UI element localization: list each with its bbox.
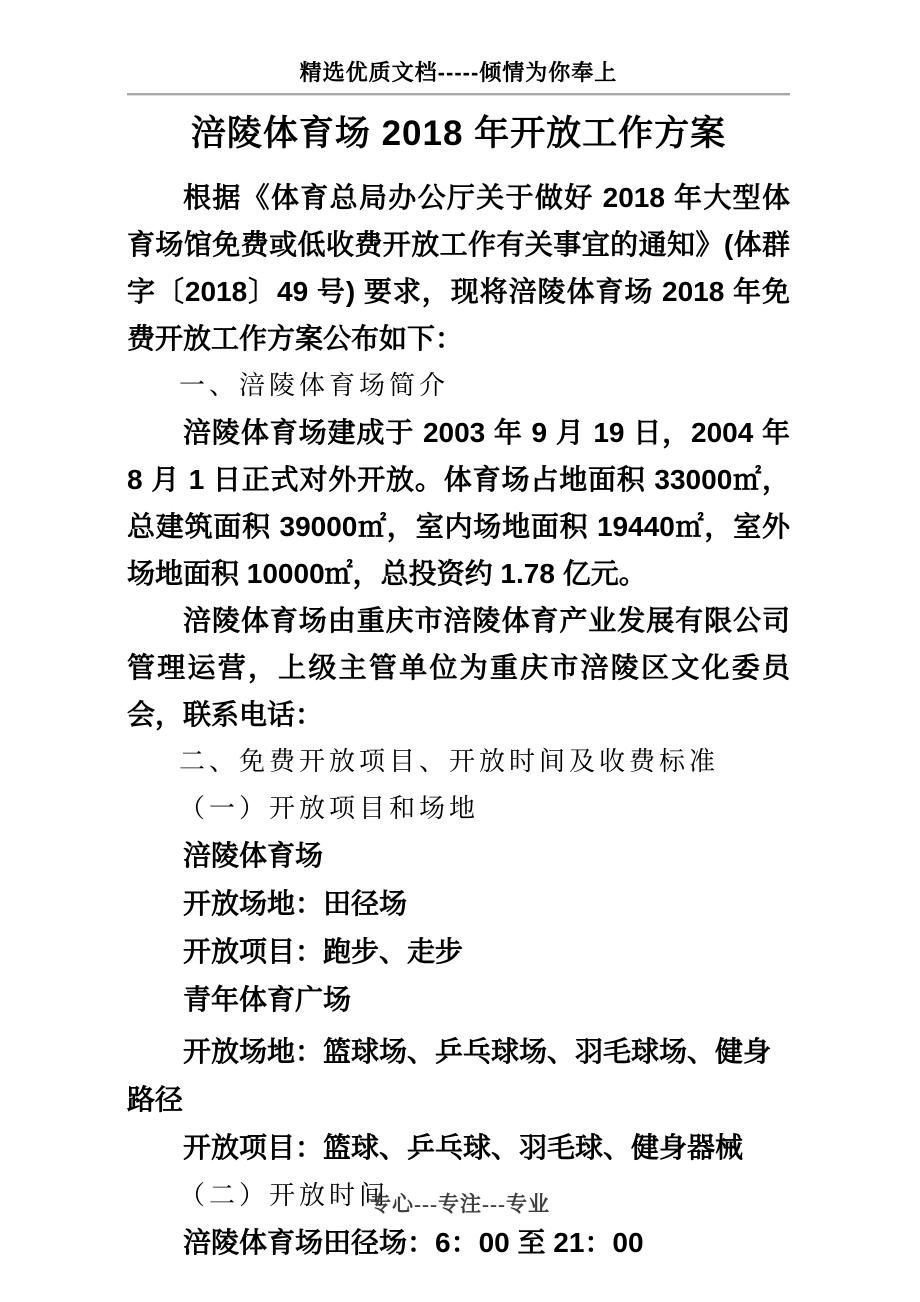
subsection-heading-projects-venues: （一）开放项目和场地	[127, 785, 790, 832]
document-title: 涪陵体育场 2018 年开放工作方案	[127, 112, 790, 156]
document-page: 精选优质文档-----倾情为你奉上 涪陵体育场 2018 年开放工作方案 根据《…	[0, 0, 920, 1302]
header-divider	[127, 93, 790, 96]
open-venues-youth-square-line: 开放场地：篮球场、乒乓球场、羽毛球场、健身路径	[127, 1028, 790, 1124]
footer-text: 专心---专注---专业	[0, 1192, 920, 1216]
open-projects-youth-square-line: 开放项目：篮球、乒乓球、羽毛球、健身器械	[127, 1124, 790, 1172]
section-heading-overview: 一、涪陵体育场简介	[127, 362, 790, 409]
venue-name-youth-square: 青年体育广场	[127, 976, 790, 1024]
paragraph-management: 涪陵体育场由重庆市涪陵体育产业发展有限公司管理运营，上级主管单位为重庆市涪陵区文…	[127, 597, 790, 738]
venue-name-stadium: 涪陵体育场	[127, 832, 790, 880]
open-venues-stadium-line: 开放场地：田径场	[127, 880, 790, 928]
opening-hours-line: 涪陵体育场田径场：6：00 至 21：00	[127, 1219, 790, 1267]
header-banner: 精选优质文档-----倾情为你奉上	[127, 0, 790, 86]
open-projects-stadium-line: 开放项目：跑步、走步	[127, 928, 790, 976]
header-divider-light-line	[127, 95, 790, 96]
paragraph-stadium-facts: 涪陵体育场建成于 2003 年 9 月 19 日，2004 年 8 月 1 日正…	[127, 409, 790, 597]
section-heading-open-items: 二、免费开放项目、开放时间及收费标准	[127, 738, 790, 785]
paragraph-intro: 根据《体育总局办公厅关于做好 2018 年大型体育场馆免费或低收费开放工作有关事…	[127, 174, 790, 362]
